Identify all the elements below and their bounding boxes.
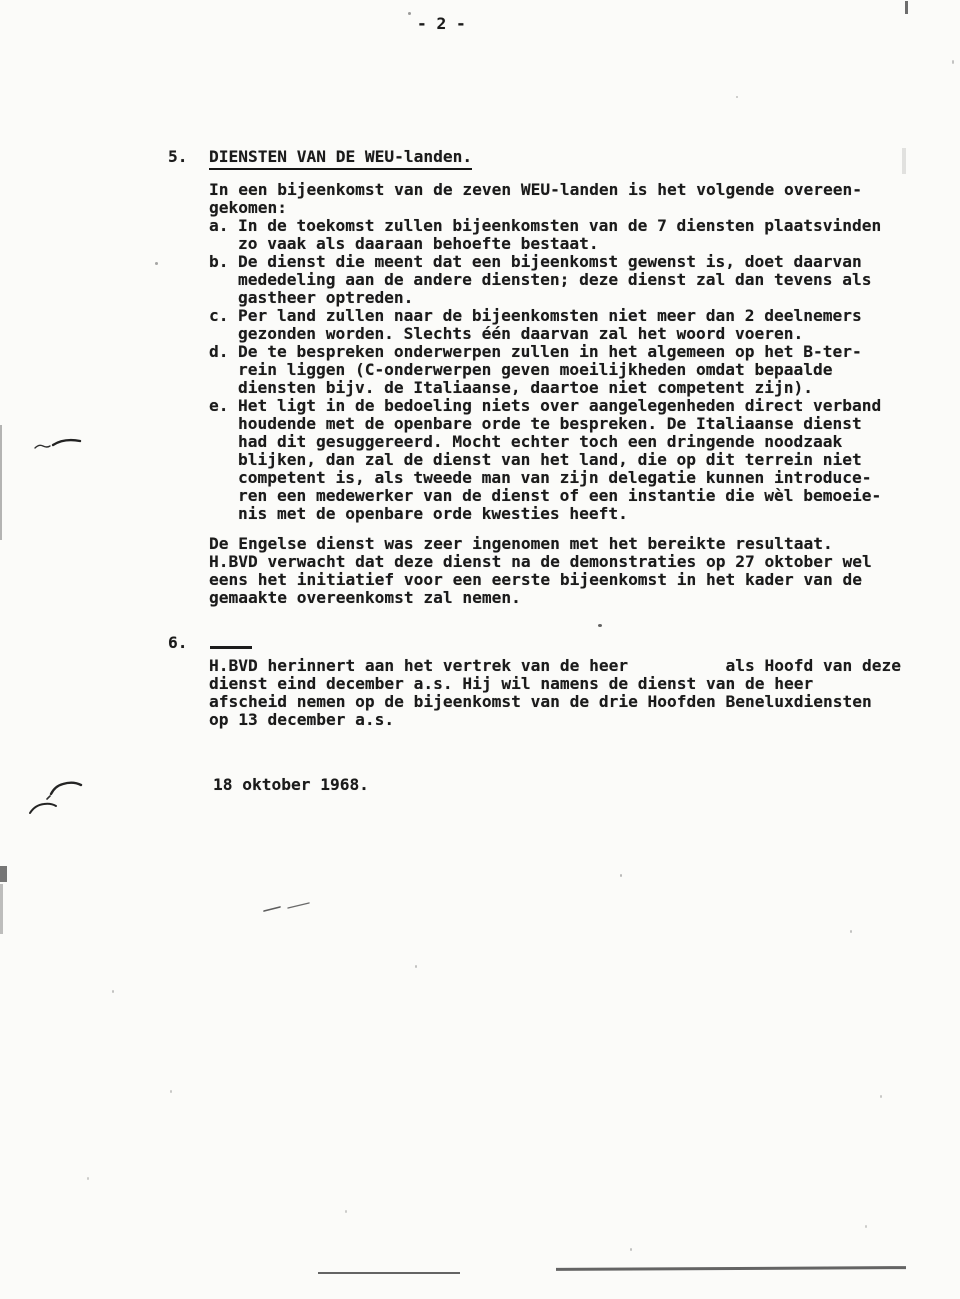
item-text: Het ligt in de bedoeling niets over aang… xyxy=(238,397,881,523)
list-item-c: c. Per land zullen naar de bijeenkomsten… xyxy=(209,307,938,343)
scan-artifact-left-edge-strip-2 xyxy=(0,884,3,934)
paper-speck xyxy=(736,96,738,98)
paper-speck xyxy=(598,624,602,627)
section-5-closing-paragraph: De Engelse dienst was zeer ingenomen met… xyxy=(209,535,938,607)
item-label: b. xyxy=(209,253,238,271)
paper-speck xyxy=(415,965,417,968)
item-label: d. xyxy=(209,343,238,361)
scan-artifact-bottom-line-right xyxy=(556,1266,906,1271)
item-label: e. xyxy=(209,397,238,415)
scan-artifact-top-right-tick xyxy=(905,1,908,14)
section-5-title: DIENSTEN VAN DE WEU-landen. xyxy=(209,148,472,170)
section-5-number: 5. xyxy=(168,148,209,166)
section-5-list: a. In de toekomst zullen bijeenkomsten v… xyxy=(209,217,938,523)
paper-speck xyxy=(155,262,158,265)
section-6-heading: 6. xyxy=(168,634,938,652)
list-item-e: e. Het ligt in de bedoeling niets over a… xyxy=(209,397,938,523)
paper-speck xyxy=(620,874,622,877)
handwritten-margin-squiggle-lower xyxy=(24,770,86,818)
list-item-a: a. In de toekomst zullen bijeenkomsten v… xyxy=(209,217,938,253)
handwritten-margin-squiggle-upper xyxy=(32,434,84,454)
section-6-body: H.BVD herinnert aan het vertrek van de h… xyxy=(209,657,938,729)
paper-speck xyxy=(952,60,954,64)
redacted-heading-line xyxy=(210,634,252,649)
item-label: a. xyxy=(209,217,238,235)
section-6-number: 6. xyxy=(168,634,209,652)
section-5-intro: In een bijeenkomst van de zeven WEU-land… xyxy=(209,181,938,217)
paper-speck xyxy=(112,990,114,993)
scan-artifact-left-edge-strip xyxy=(0,425,2,540)
item-text: Per land zullen naar de bijeenkomsten ni… xyxy=(238,307,862,343)
paper-speck xyxy=(630,1248,632,1251)
scanned-document-page: - 2 - 5. DIENSTEN VAN DE WEU-landen. In … xyxy=(0,0,960,1299)
paper-speck xyxy=(87,1177,89,1180)
paper-speck xyxy=(345,1210,347,1213)
paper-speck xyxy=(865,1225,867,1228)
paper-speck xyxy=(408,12,411,15)
paper-speck xyxy=(170,1090,172,1093)
scan-artifact-left-edge-block xyxy=(0,866,7,882)
section-5-heading: 5. DIENSTEN VAN DE WEU-landen. xyxy=(168,148,938,170)
page-number: - 2 - xyxy=(417,15,466,33)
list-item-b: b. De dienst die meent dat een bijeenkom… xyxy=(209,253,938,307)
item-label: c. xyxy=(209,307,238,325)
pencil-dash-marks xyxy=(258,896,313,918)
item-text: De dienst die meent dat een bijeenkomst … xyxy=(238,253,871,307)
paper-speck xyxy=(880,1095,882,1098)
document-date: 18 oktober 1968. xyxy=(213,776,938,794)
document-body: 5. DIENSTEN VAN DE WEU-landen. In een bi… xyxy=(168,148,938,794)
scan-artifact-bottom-line-left xyxy=(318,1272,460,1274)
scan-artifact-right-smudge xyxy=(902,148,906,174)
paper-speck xyxy=(850,930,852,933)
item-text: De te bespreken onderwerpen zullen in he… xyxy=(238,343,862,397)
item-text: In de toekomst zullen bijeenkomsten van … xyxy=(238,217,881,253)
list-item-d: d. De te bespreken onderwerpen zullen in… xyxy=(209,343,938,397)
